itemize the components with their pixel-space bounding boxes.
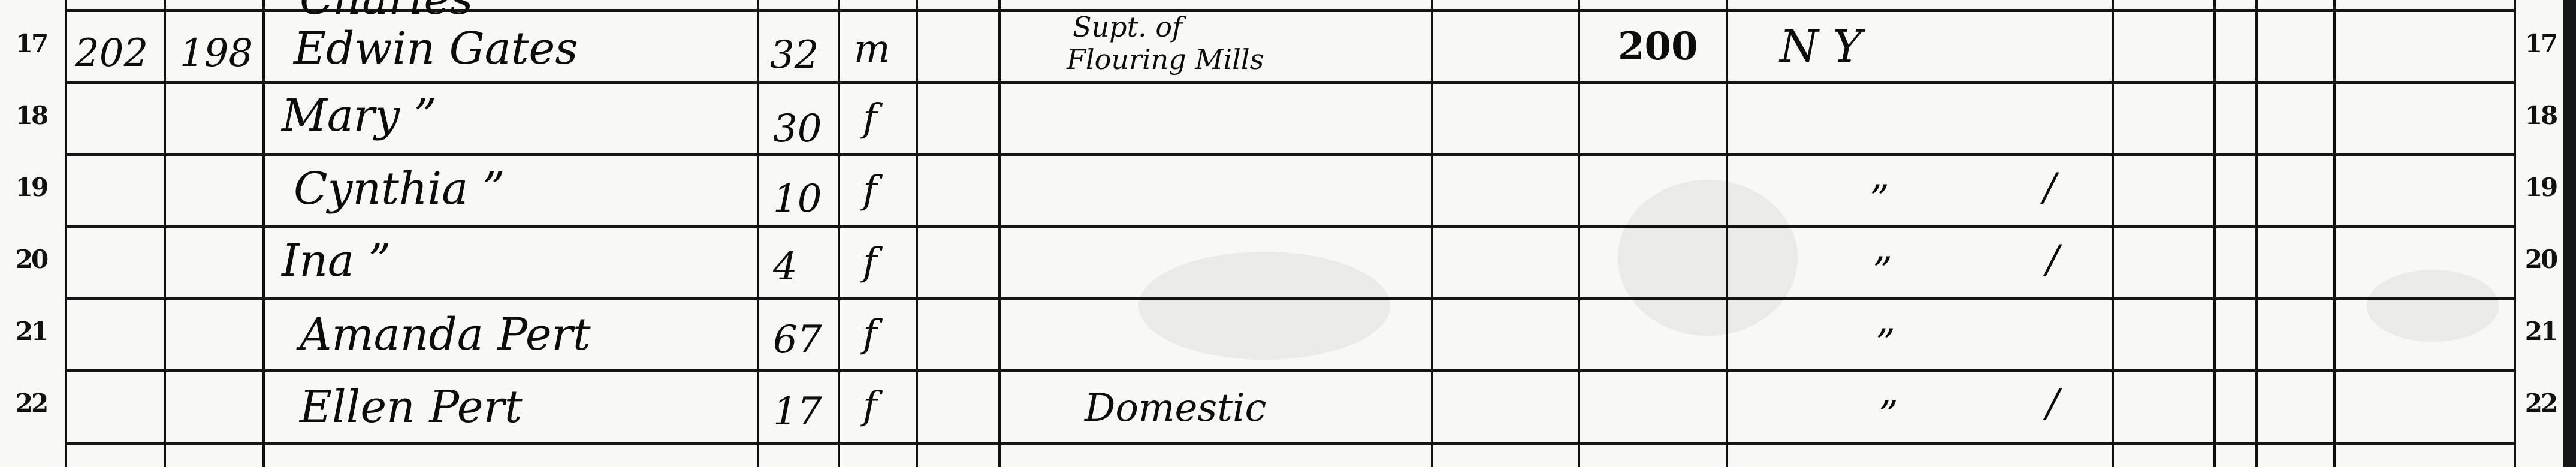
line-number: 20 [1, 245, 61, 274]
real-estate-value: 200 [1618, 24, 1698, 69]
row-rule [66, 225, 2515, 228]
person-name: Cynthia ” [294, 163, 505, 215]
paper-stain [1618, 180, 1798, 336]
column-rule [998, 0, 1001, 467]
sex: f [863, 312, 877, 356]
row-rule [66, 369, 2515, 372]
age: 32 [770, 33, 819, 77]
column-rule [838, 0, 840, 467]
person-name: Ellen Pert [300, 381, 523, 433]
occupation-line1: Supt. of [1073, 11, 1182, 43]
family-number: 198 [180, 31, 253, 76]
paper-stain [2367, 270, 2499, 342]
column-rule [916, 0, 918, 467]
age: 4 [773, 245, 798, 289]
column-rule [262, 0, 265, 467]
sex: m [854, 27, 890, 71]
birthplace-ditto: ” [1879, 393, 1898, 438]
paper-stain [1138, 252, 1390, 360]
line-number: 21 [1, 317, 61, 346]
birthplace-ditto: ” [1873, 249, 1892, 294]
partial-name: Charles ” [300, 0, 510, 25]
school-mark: / [2043, 165, 2056, 210]
birthplace: N Y [1780, 21, 1862, 73]
line-number-right: 17 [2511, 29, 2571, 58]
row-rule [66, 442, 2515, 445]
sex: f [863, 96, 877, 140]
age: 67 [773, 318, 822, 362]
person-name: Amanda Pert [300, 309, 591, 360]
census-sheet: Charles ” 17 18 19 20 21 22 17 18 19 20 … [0, 0, 2576, 467]
person-name: Mary ” [282, 90, 436, 141]
column-rule [2255, 0, 2258, 467]
column-rule [1578, 0, 1580, 467]
age: 10 [773, 177, 822, 221]
school-mark: / [2046, 381, 2059, 426]
person-name: Ina ” [282, 235, 391, 287]
line-number-right: 22 [2511, 388, 2571, 418]
dwelling-number: 202 [75, 31, 148, 76]
line-number-right: 21 [2511, 317, 2571, 346]
column-rule [2112, 0, 2114, 467]
school-mark: / [2046, 237, 2059, 282]
line-number-right: 20 [2511, 245, 2571, 274]
line-number-right: 18 [2511, 101, 2571, 130]
column-rule [164, 0, 166, 467]
column-rule [1431, 0, 1433, 467]
column-rule [2213, 0, 2216, 467]
row-rule [66, 81, 2515, 84]
column-rule [1726, 0, 1728, 467]
row-rule [66, 297, 2515, 300]
line-number: 22 [1, 388, 61, 418]
sex: f [863, 240, 877, 284]
person-name: Edwin Gates [294, 23, 578, 74]
sex: f [863, 168, 877, 212]
line-number: 17 [1, 29, 61, 58]
age: 30 [773, 107, 822, 151]
sex: f [863, 384, 877, 428]
birthplace-ditto: ” [1876, 321, 1895, 366]
column-rule [65, 0, 67, 467]
row-rule [66, 153, 2515, 156]
column-rule [2333, 0, 2336, 467]
age: 17 [773, 390, 822, 434]
line-number: 19 [1, 173, 61, 202]
birthplace-ditto: ” [1870, 177, 1889, 222]
occupation: Domestic [1085, 386, 1266, 430]
line-number: 18 [1, 101, 61, 130]
column-rule [757, 0, 759, 467]
line-number-right: 19 [2511, 173, 2571, 202]
occupation-line2: Flouring Mills [1067, 43, 1264, 76]
